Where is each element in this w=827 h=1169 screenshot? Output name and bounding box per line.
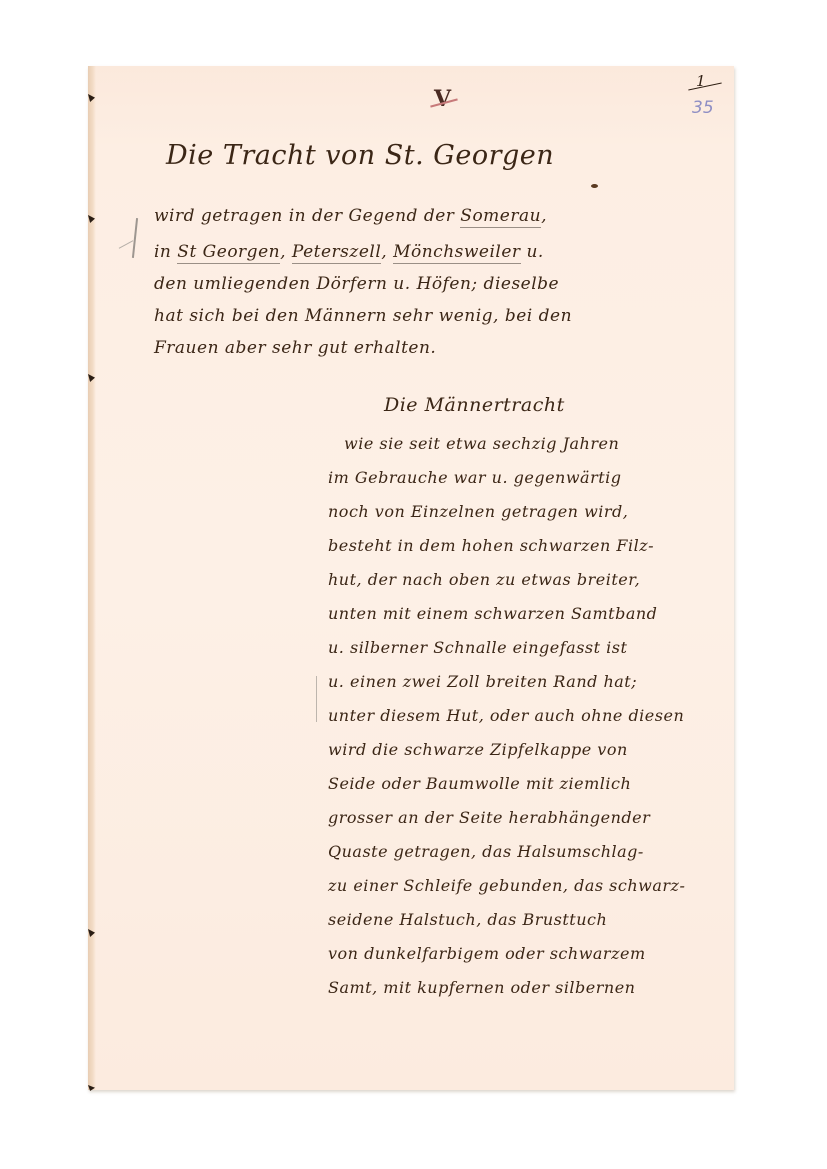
section-line: unter diesem Hut, oder auch ohne diesen xyxy=(328,706,684,725)
section-line: zu einer Schleife gebunden, das schwarz- xyxy=(328,876,685,895)
intro-line: in St Georgen, Peterszell, Mönchsweiler … xyxy=(154,242,544,262)
manuscript-page: V 1 35 Die Tracht von St. Georgen wird g… xyxy=(88,66,734,1090)
margin-pencil-mark xyxy=(119,240,134,248)
section-line: wie sie seit etwa sechzig Jahren xyxy=(344,434,619,453)
folio-ink-number: 1 xyxy=(696,72,706,90)
margin-pencil-mark xyxy=(316,676,317,722)
section-line: grosser an der Seite herabhängender xyxy=(328,808,650,827)
place-somerau: Somerau xyxy=(460,206,541,228)
section-line: unten mit einem schwarzen Samtband xyxy=(328,604,657,623)
folio-roman-numeral: V xyxy=(434,86,451,112)
section-line: hut, der nach oben zu etwas breiter, xyxy=(328,570,640,589)
section-line: seidene Halstuch, das Brusttuch xyxy=(328,910,607,929)
place-st-georgen: St Georgen xyxy=(177,242,280,264)
folio-pencil-number: 35 xyxy=(692,98,714,118)
place-peterszell: Peterszell xyxy=(292,242,381,264)
intro-line: den umliegenden Dörfern u. Höfen; diesel… xyxy=(154,274,559,294)
section-line: im Gebrauche war u. gegenwärtig xyxy=(328,468,622,487)
margin-pencil-mark xyxy=(132,218,138,258)
intro-line: hat sich bei den Männern sehr wenig, bei… xyxy=(154,306,572,326)
section-line: von dunkelfarbigem oder schwarzem xyxy=(328,944,646,963)
section-line: Seide oder Baumwolle mit ziemlich xyxy=(328,774,631,793)
section-line: u. einen zwei Zoll breiten Rand hat; xyxy=(328,672,637,691)
place-moenchsweiler: Mönchsweiler xyxy=(393,242,520,264)
section-line: wird die schwarze Zipfelkappe von xyxy=(328,740,628,759)
section-line: besteht in dem hohen schwarzen Filz- xyxy=(328,536,654,555)
section-line: Quaste getragen, das Halsumschlag- xyxy=(328,842,644,861)
section-line: Samt, mit kupfernen oder silbernen xyxy=(328,978,635,997)
intro-line: wird getragen in der Gegend der Somerau, xyxy=(154,206,547,226)
section-line: noch von Einzelnen getragen wird, xyxy=(328,502,628,521)
ink-spot xyxy=(591,184,598,188)
section-heading: Die Männertracht xyxy=(384,394,565,416)
intro-line: Frauen aber sehr gut erhalten. xyxy=(154,338,436,358)
section-line: u. silberner Schnalle eingefasst ist xyxy=(328,638,627,657)
document-title: Die Tracht von St. Georgen xyxy=(166,140,554,171)
